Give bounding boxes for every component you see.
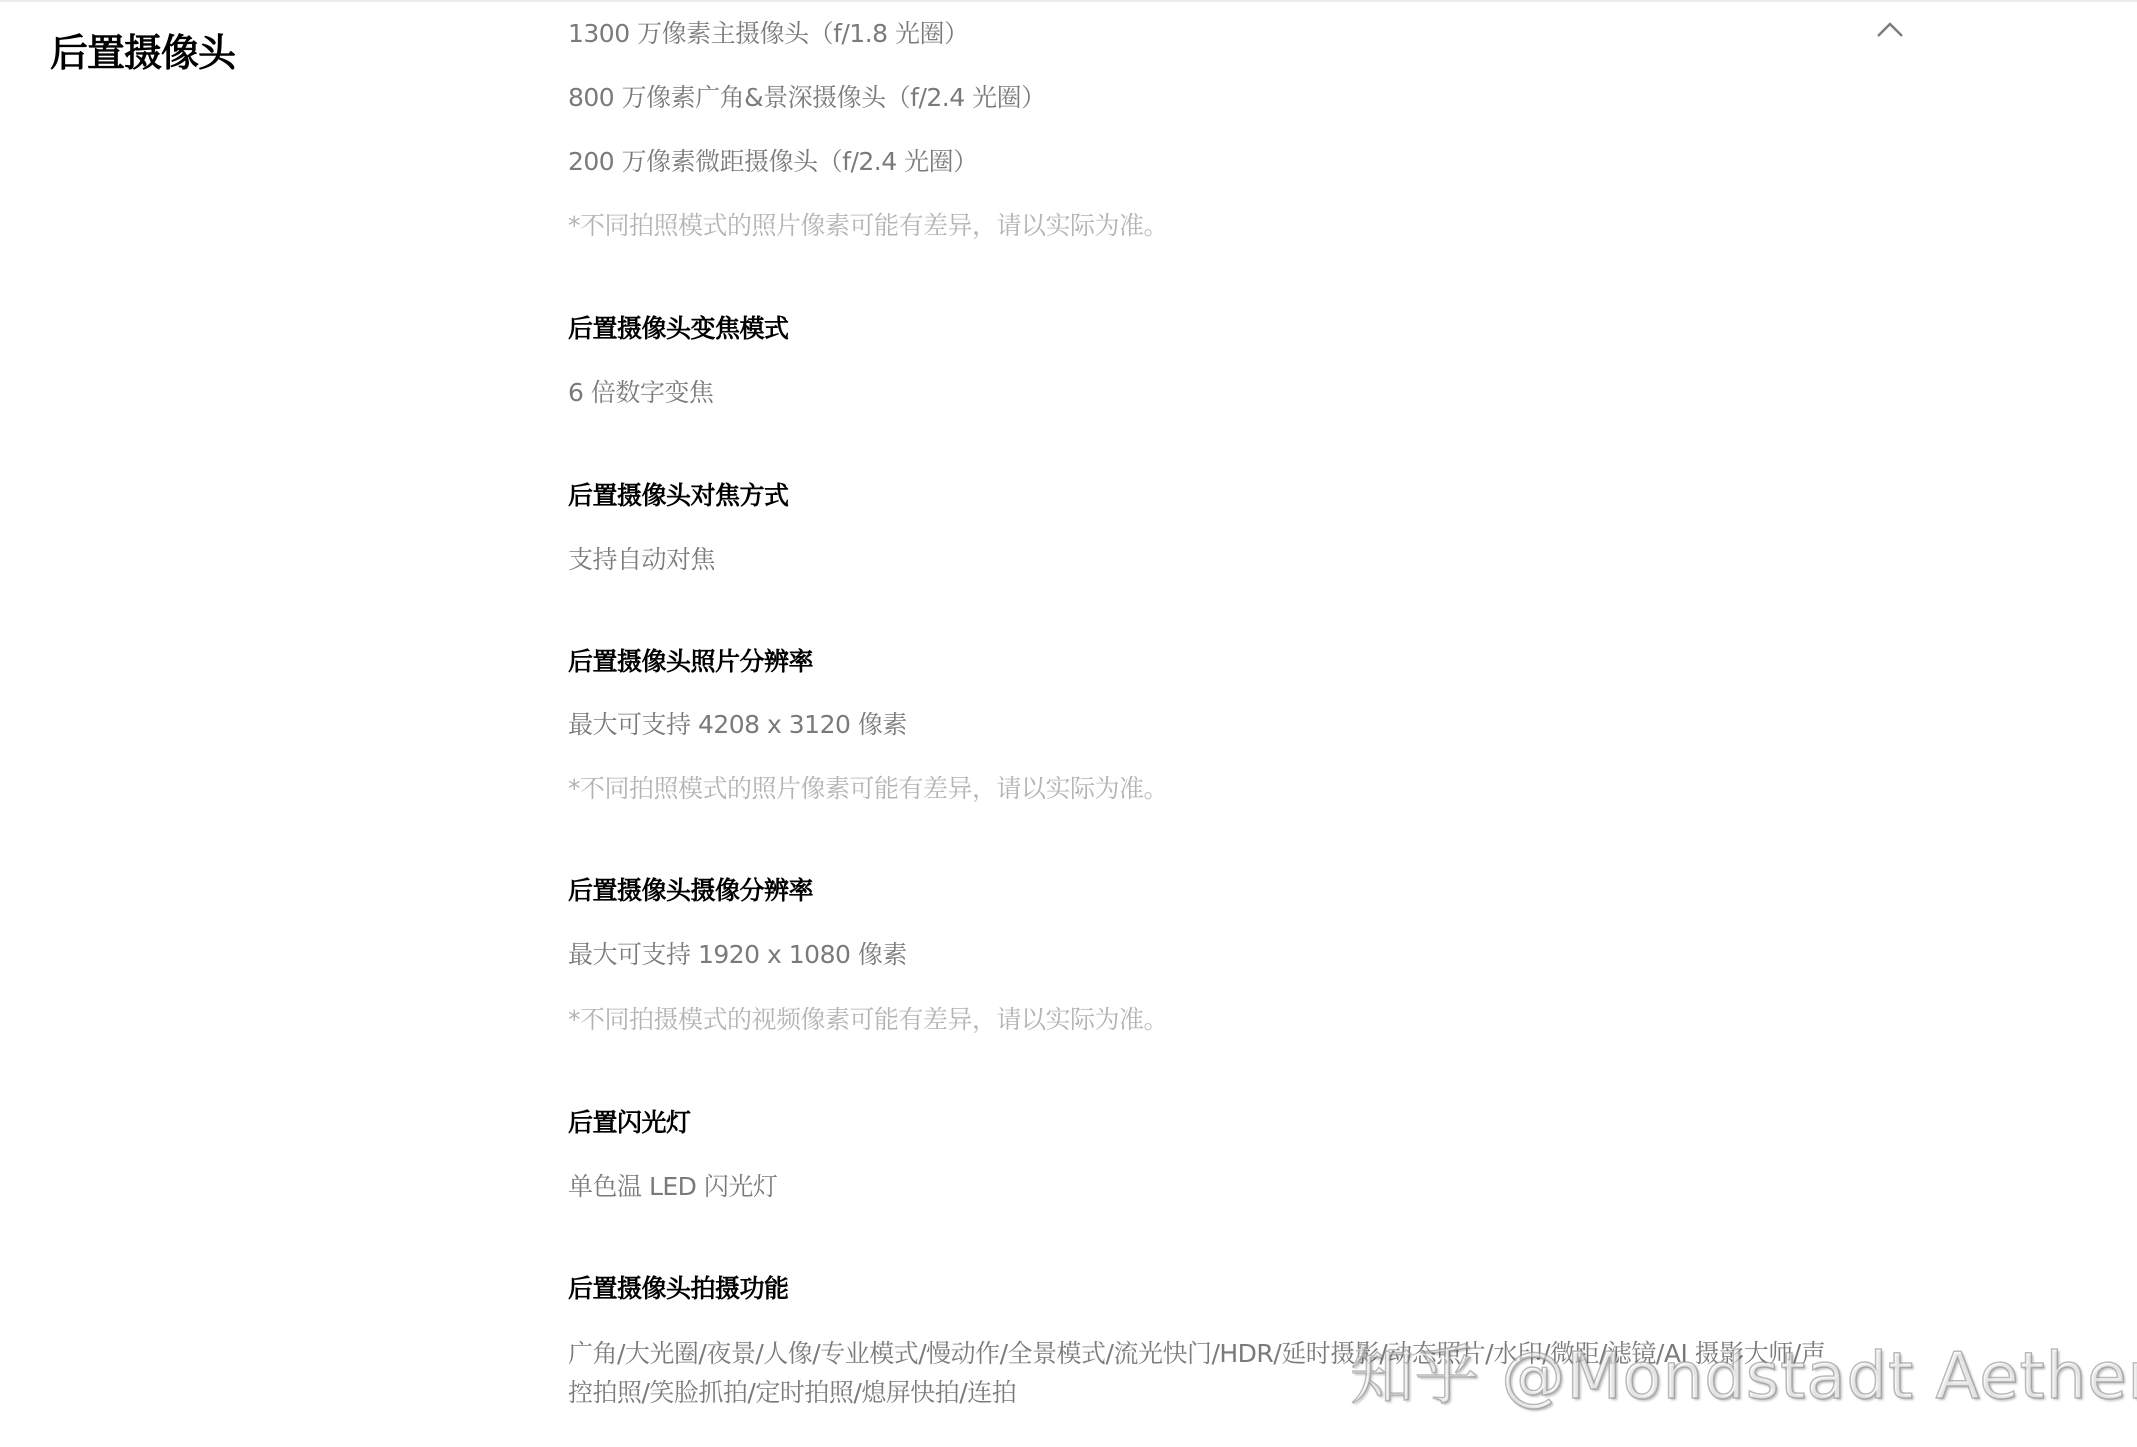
spec-value-video-resolution: 最大可支持 1920 x 1080 像素 bbox=[568, 938, 907, 972]
spec-note-video-resolution: *不同拍摄模式的视频像素可能有差异，请以实际为准。 bbox=[568, 1003, 1168, 1037]
spec-label-video-resolution: 后置摄像头摄像分辨率 bbox=[568, 874, 813, 908]
lens-main: 1300 万像素主摄像头（f/1.8 光圈） bbox=[568, 17, 969, 51]
spec-label-camera-features: 后置摄像头拍摄功能 bbox=[568, 1272, 789, 1306]
spec-label-photo-resolution: 后置摄像头照片分辨率 bbox=[568, 645, 813, 679]
spec-note-photo-resolution: *不同拍照模式的照片像素可能有差异，请以实际为准。 bbox=[568, 772, 1168, 806]
lens-note: *不同拍照模式的照片像素可能有差异，请以实际为准。 bbox=[568, 209, 1168, 243]
spec-label-flash: 后置闪光灯 bbox=[568, 1106, 691, 1140]
spec-value-camera-features: 广角/大光圈/夜景/人像/专业模式/慢动作/全景模式/流光快门/HDR/延时摄影… bbox=[568, 1334, 1838, 1412]
chevron-up-icon bbox=[1876, 20, 1904, 38]
lens-macro: 200 万像素微距摄像头（f/2.4 光圈） bbox=[568, 145, 978, 179]
collapse-section-button[interactable] bbox=[1876, 20, 1904, 38]
lens-wide: 800 万像素广角&景深摄像头（f/2.4 光圈） bbox=[568, 81, 1046, 115]
spec-value-focus: 支持自动对焦 bbox=[568, 543, 715, 577]
spec-value-photo-resolution: 最大可支持 4208 x 3120 像素 bbox=[568, 708, 907, 742]
spec-label-zoom: 后置摄像头变焦模式 bbox=[568, 312, 789, 346]
spec-value-flash: 单色温 LED 闪光灯 bbox=[568, 1170, 777, 1204]
spec-value-zoom: 6 倍数字变焦 bbox=[568, 376, 713, 410]
spec-label-focus: 后置摄像头对焦方式 bbox=[568, 479, 789, 513]
section-title: 后置摄像头 bbox=[50, 22, 235, 77]
top-divider bbox=[0, 0, 2137, 2]
